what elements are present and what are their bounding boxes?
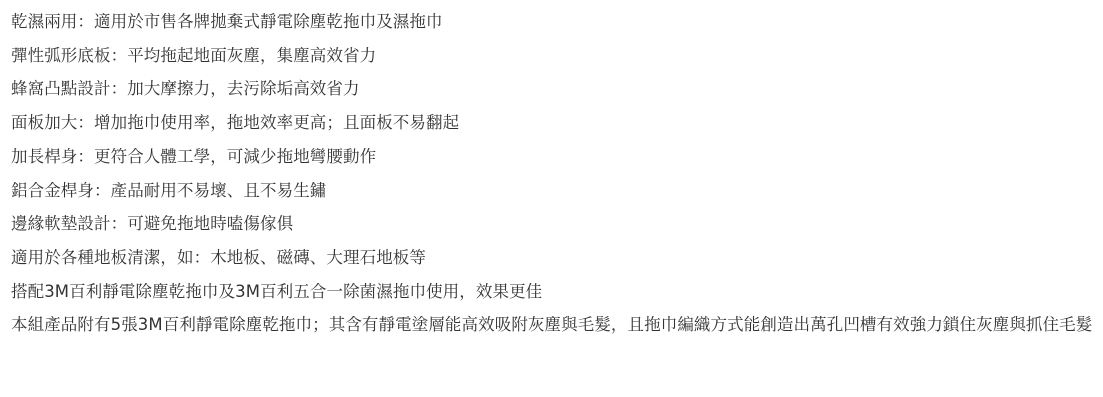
product-description: 乾濕兩用：適用於市售各牌拋棄式靜電除塵乾拖巾及濕拖巾 彈性弧形底板：平均拖起地面… <box>0 0 1103 342</box>
feature-aluminum-pole: 鋁合金桿身：產品耐用不易壞、且不易生鏽 <box>11 174 1093 208</box>
feature-curved-base: 彈性弧形底板：平均拖起地面灰塵，集塵高效省力 <box>11 39 1093 73</box>
feature-dual-use: 乾濕兩用：適用於市售各牌拋棄式靜電除塵乾拖巾及濕拖巾 <box>11 5 1093 39</box>
feature-honeycomb-design: 蜂窩凸點設計：加大摩擦力，去污除垢高效省力 <box>11 72 1093 106</box>
feature-extended-pole: 加長桿身：更符合人體工學，可減少拖地彎腰動作 <box>11 140 1093 174</box>
feature-edge-cushion: 邊緣軟墊設計：可避免拖地時嗑傷傢俱 <box>11 207 1093 241</box>
feature-package-contents: 本組產品附有5張3M百利靜電除塵乾拖巾；其含有靜電塗層能高效吸附灰塵與毛髮，且拖… <box>11 308 1093 342</box>
feature-pairing: 搭配3M百利靜電除塵乾拖巾及3M百利五合一除菌濕拖巾使用，效果更佳 <box>11 275 1093 309</box>
feature-larger-panel: 面板加大：增加拖巾使用率，拖地效率更高；且面板不易翻起 <box>11 106 1093 140</box>
feature-floor-types: 適用於各種地板清潔，如：木地板、磁磚、大理石地板等 <box>11 241 1093 275</box>
